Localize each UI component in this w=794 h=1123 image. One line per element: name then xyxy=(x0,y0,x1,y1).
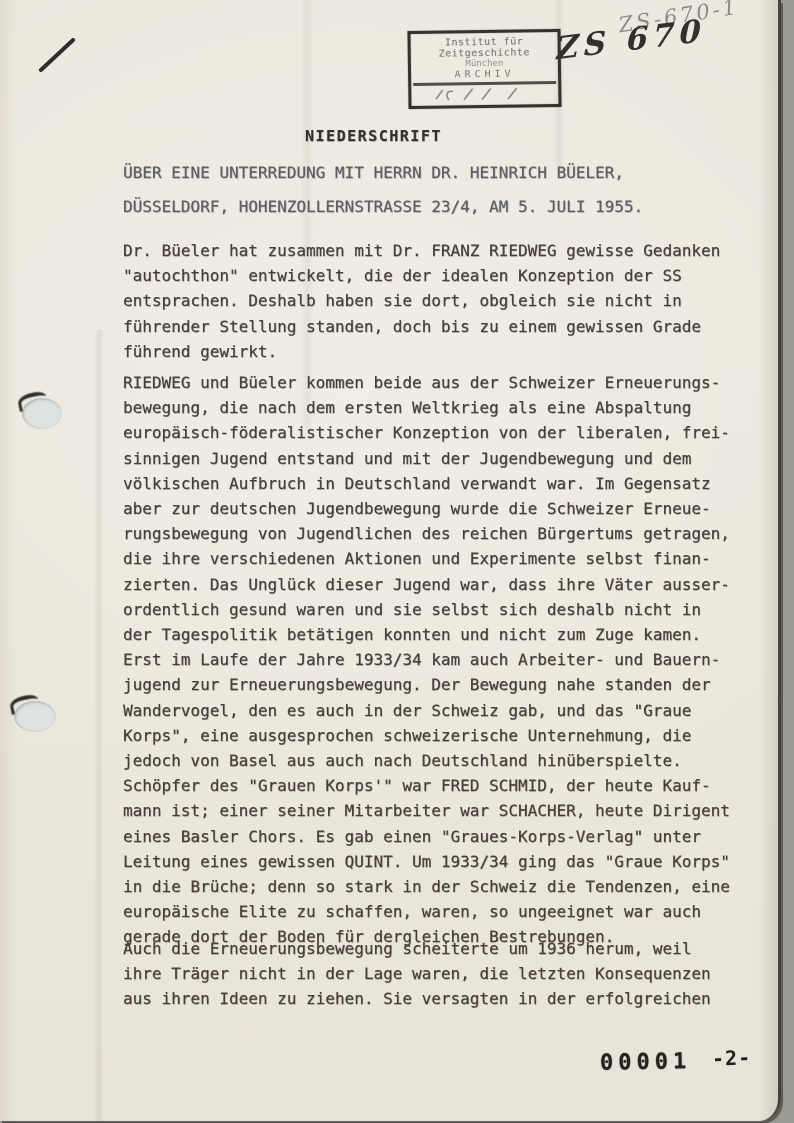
paper-sheet: ZS-670-1 ZS 670 Institut für Zeitgeschic… xyxy=(0,0,781,1121)
document-subtitle: ÜBER EINE UNTERREDUNG MIT HERRN DR. HEIN… xyxy=(123,156,643,224)
punch-hole xyxy=(14,701,56,732)
typed-text-layer: NIEDERSCHRIFT ÜBER EINE UNTERREDUNG MIT … xyxy=(0,0,778,1121)
archive-serial-stamp: 00001 xyxy=(600,1049,692,1076)
page-number: -2- xyxy=(712,1045,752,1070)
paragraph-2: RIEDWEG und Büeler kommen beide aus der … xyxy=(123,370,730,950)
scanned-document-page: { "annotations": { "pencil_note": "ZS-67… xyxy=(0,0,794,1123)
paragraph-1: Dr. Büeler hat zusammen mit Dr. FRANZ RI… xyxy=(123,238,720,364)
paragraph-3: Auch die Erneuerungsbewegung scheiterte … xyxy=(123,936,711,1012)
document-title: NIEDERSCHRIFT xyxy=(305,124,442,149)
punch-hole xyxy=(22,398,62,429)
